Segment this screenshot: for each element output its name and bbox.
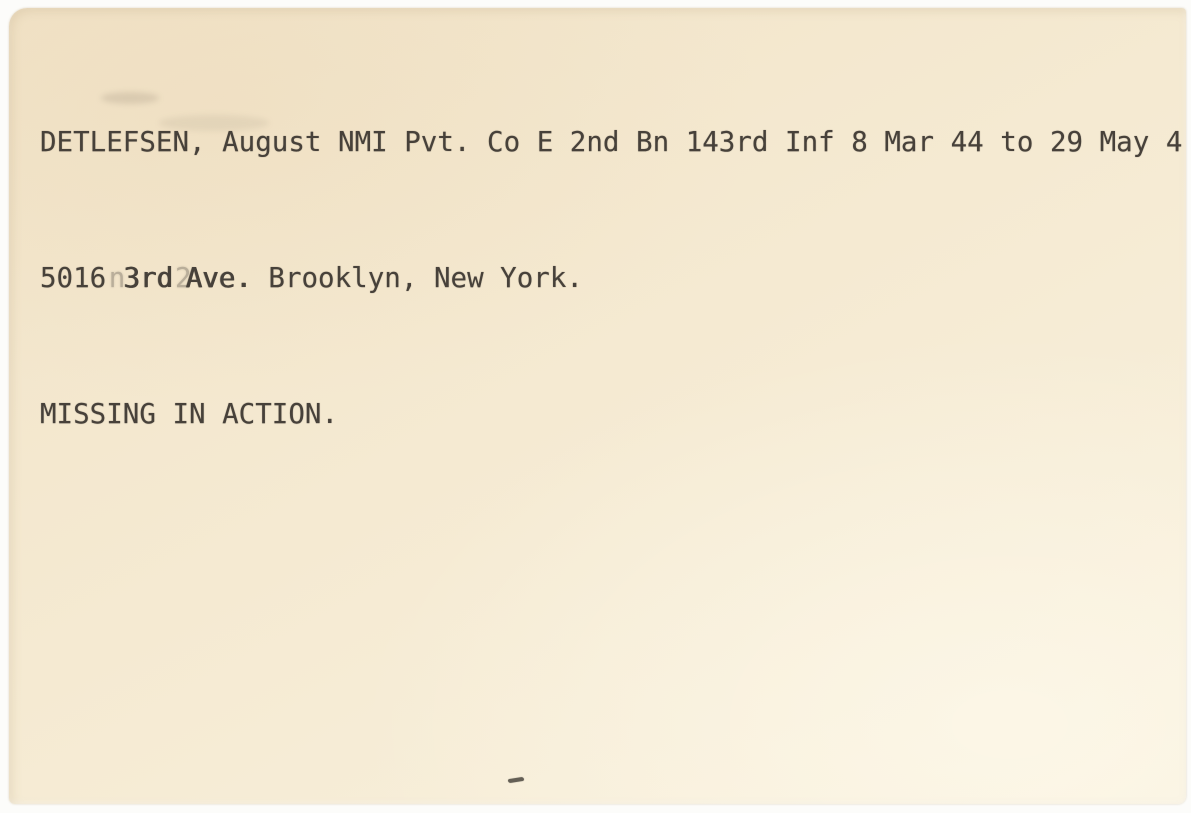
overstrike-ghost-char: 2	[175, 262, 192, 294]
pencil-mark	[508, 777, 524, 783]
street-name: 3rd	[123, 262, 173, 294]
index-card: DETLEFSEN, August NMI Pvt. Co E 2nd Bn 1…	[9, 8, 1186, 804]
address-line: 5016 n3rd2Ave. Brooklyn, New York.	[40, 261, 1186, 295]
scanner-background: DETLEFSEN, August NMI Pvt. Co E 2nd Bn 1…	[0, 0, 1191, 813]
ink-smudge	[101, 92, 159, 104]
status-line: MISSING IN ACTION.	[40, 397, 1186, 431]
city-state: Brooklyn, New York.	[268, 262, 583, 294]
overstrike-ghost-char: n	[109, 262, 126, 294]
erasure-smudge	[159, 115, 269, 131]
street-suffix: Ave.	[186, 262, 269, 294]
